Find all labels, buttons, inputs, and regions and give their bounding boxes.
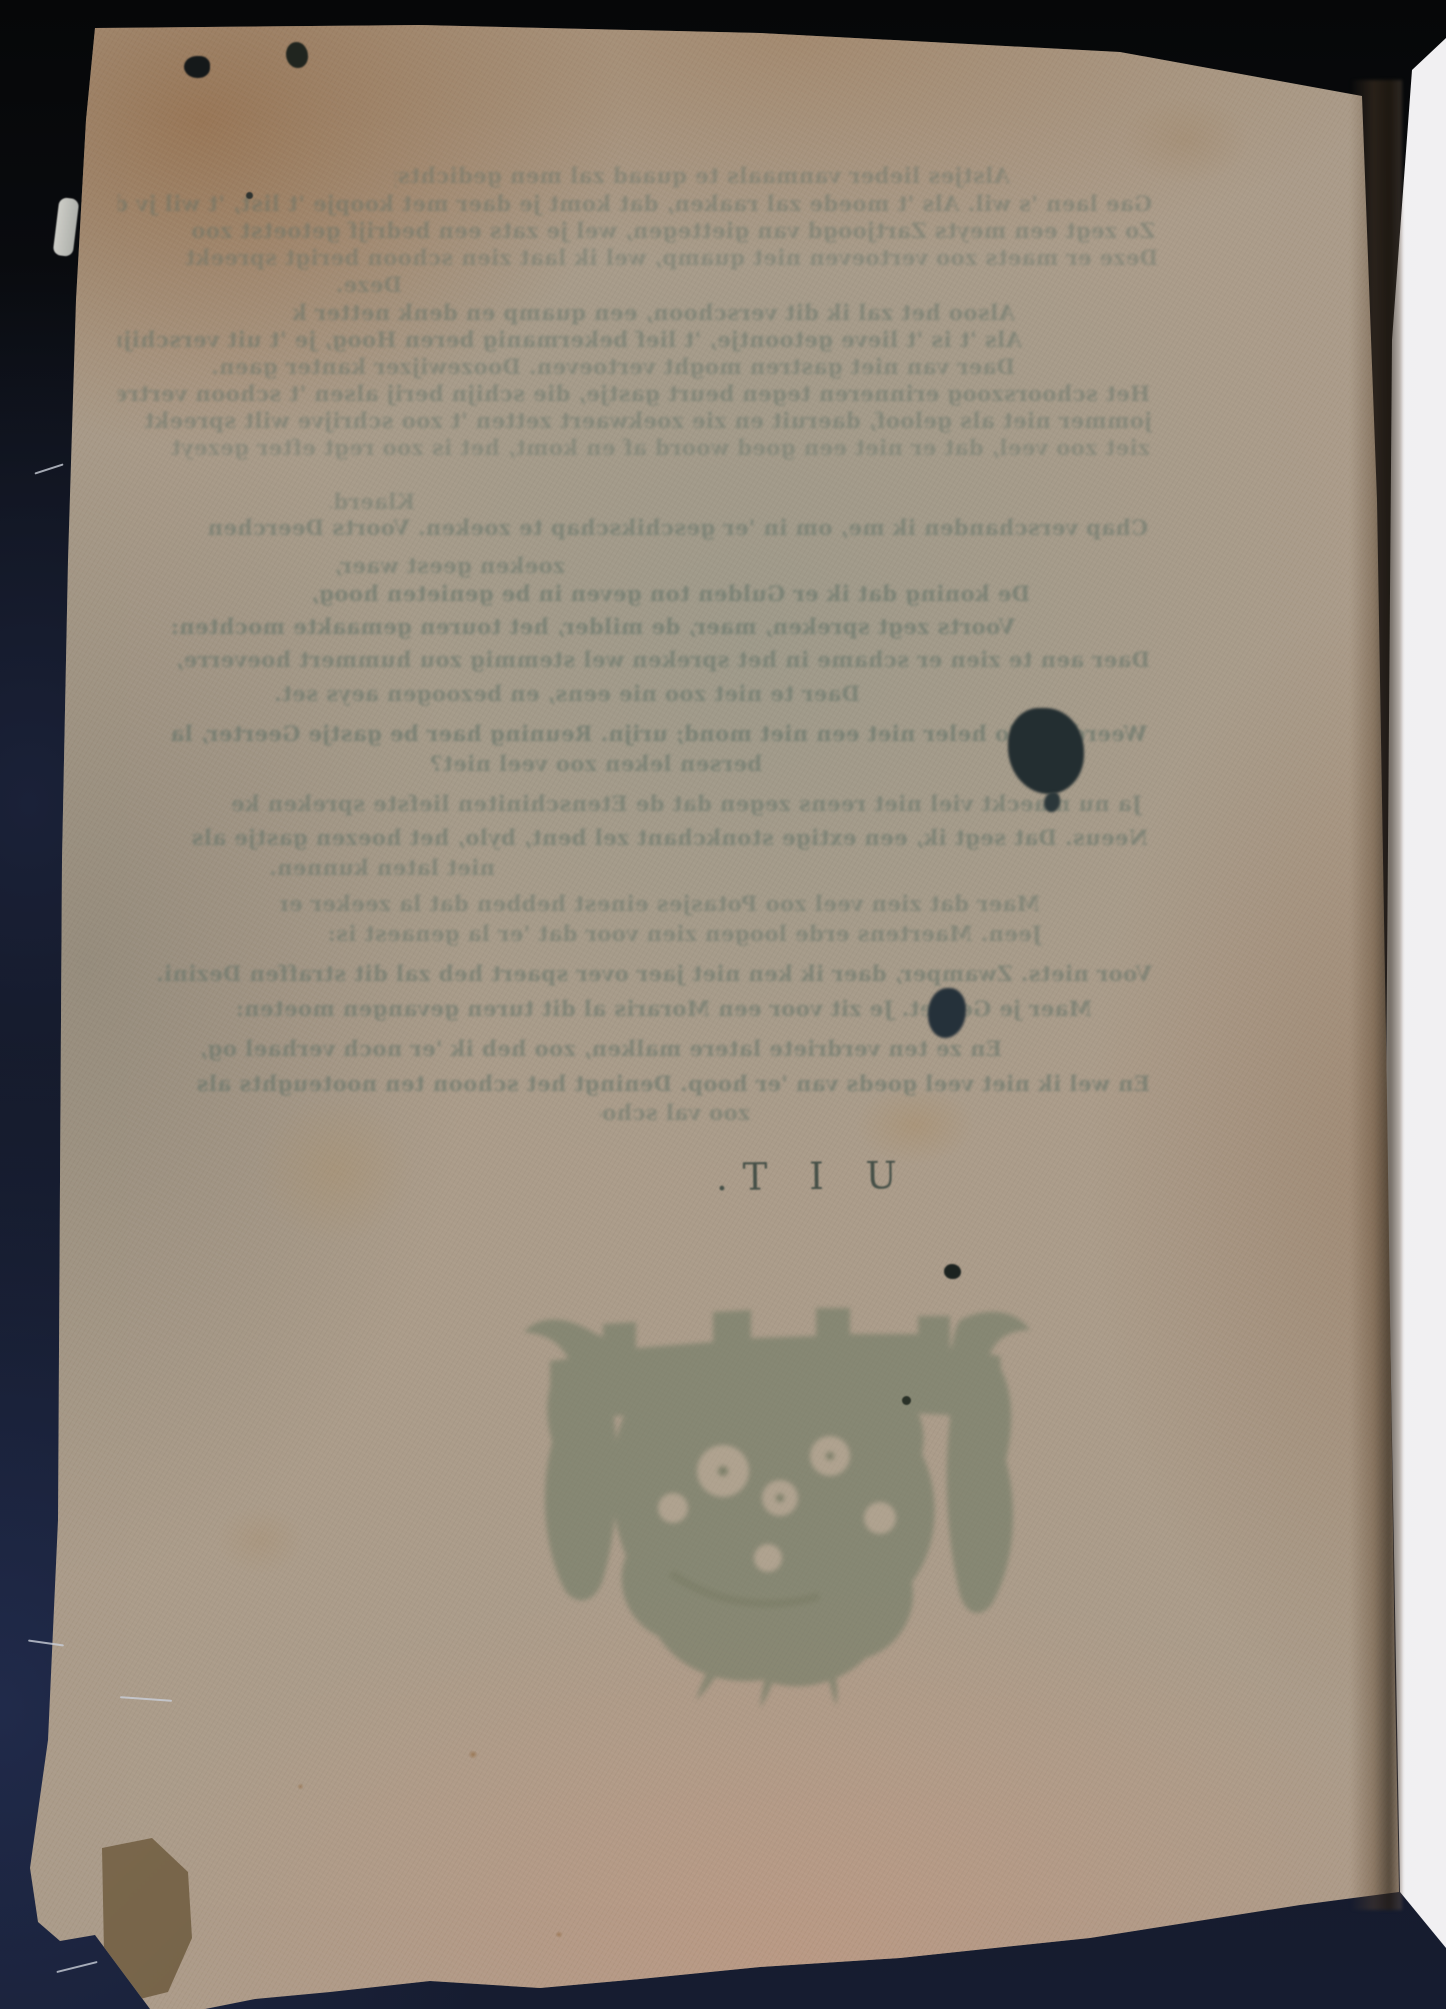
stain-top-right [1120,95,1250,185]
showthrough-line: Daer van niet gastren moght vertoeven. D… [118,354,1015,379]
showthrough-line: zoo val schoe. [600,1100,750,1125]
left-bird [524,1319,624,1600]
flower-blossom [658,1493,688,1523]
rust-dot-1 [468,1750,478,1759]
stain-yellow-left [255,1095,415,1245]
showthrough-line: Maer dat zien veel zoo Potasjes einest h… [280,891,1040,916]
showthrough-line: Deze. [330,272,402,297]
showthrough-line: Alstjes lieber vanmaals te quaad zal men… [395,163,1010,188]
printers-ornament-floral-bouquet [468,1256,1068,1716]
rust-dot-2 [297,1783,304,1790]
showthrough-line: Neeus. Dat segt ik, een extige stonkchan… [118,825,1148,850]
showthrough-line: Weerden. Zo heler niet een niet mond; ur… [118,721,1147,746]
ink-speck-mid [944,1264,961,1279]
photo-of-book-page: Alstjes lieber vanmaals te quaad zal men… [0,0,1446,2009]
showthrough-line: De koning dat ik er Gulden ton geven in … [118,581,1030,606]
showthrough-line: En wel ik niet veel goeds van 'er hoop. … [118,1071,1150,1096]
ink-speck-top-1 [184,56,210,78]
ink-dot-ornament [902,1396,911,1405]
showthrough-line: Voorts zegt spreken, maer, de milder, he… [118,614,1015,639]
showthrough-line: ziet zoo veel, dat er niet een goed woor… [118,435,1150,460]
showthrough-line: bersen leken zoo veel niet? [250,751,762,776]
underlying-page-sliver [53,197,80,257]
ink-blot-large [1008,708,1084,794]
right-bird [942,1312,1030,1613]
stain-tan-right [855,1085,975,1165]
edge-fiber-3 [56,1961,97,1973]
flower-blossom [754,1544,782,1572]
showthrough-line: Als 't is 't lieve getoontje, 't lief be… [118,327,1022,352]
showthrough-line: Daer aen te zien er schame in het spreke… [118,647,1150,672]
showthrough-line: jommer niet als geloof, daeruit en zie z… [118,408,1152,433]
flower-center [826,1452,834,1460]
showthrough-line: Chap verschanden ik me, om in 'er geschi… [200,515,1148,540]
ink-speck-top-2 [286,42,308,68]
aged-paper-page: Alstjes lieber vanmaals te quaad zal men… [0,0,1446,2009]
flower-blossom [864,1502,896,1534]
showthrough-line: Daer te niet zoo nie eens, en bezoogen a… [118,681,860,706]
flower-center [718,1466,728,1476]
ink-blot-small [928,988,966,1038]
showthrough-line: Jeen. Maertens erde loogen zien voor dat… [230,921,1042,946]
showthrough-line: Deze er maets zoo vertoeven niet quamp, … [105,245,1158,270]
showthrough-line: En ze ten verdriete latere malken, zoo h… [200,1036,1002,1061]
showthrough-line: Het schoorszoog erinneren tegen beurt ga… [118,381,1150,406]
showthrough-line: Klaerd. [330,489,415,514]
showthrough-line: Zo zegt een meyts Zartjoogd van giettege… [118,218,1155,243]
end-word-uit-mirrored: .T I U [716,1154,927,1210]
showthrough-line: Gae laen 's wil. Als 't moede zal raaken… [118,191,1152,216]
rust-dot-3 [555,1931,563,1938]
edge-fiber-1 [34,463,63,474]
gutter-crease-shadow [1350,80,1402,1910]
showthrough-line: Voor niets. Zwamper, daer ik ken niet ja… [118,961,1152,986]
showthrough-line: zoeken geest waer, [330,553,565,578]
stain-mid-low [215,1505,305,1575]
showthrough-line: Ja nu maeckt viel niet reens zegen dat d… [230,791,1142,816]
showthrough-line: Alsoo het zal ik dit verschoon, een quam… [293,300,1015,325]
flower-center [776,1494,784,1502]
ink-dot-upper-left [246,192,253,199]
showthrough-line: niet laten kunnen. [255,855,495,880]
